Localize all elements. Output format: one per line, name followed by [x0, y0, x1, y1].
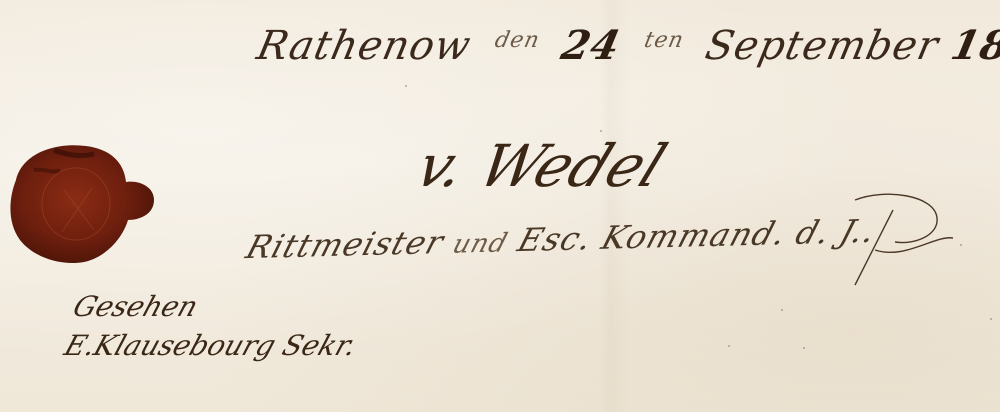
- dateline: Rathenow den 24 ten September 1857.: [253, 22, 1000, 69]
- signer-conjunction: und: [449, 228, 512, 259]
- paper-speck: [803, 347, 805, 349]
- dateline-place: Rathenow: [253, 23, 475, 69]
- signature: v. Wedel: [406, 132, 675, 200]
- dateline-day: 24: [557, 22, 625, 69]
- paper-speck: [600, 130, 602, 132]
- paper-speck: [960, 244, 962, 246]
- margin-note-line1: Gesehen: [69, 290, 374, 323]
- dateline-den: den: [493, 28, 543, 53]
- document-page: Rathenow den 24 ten September 1857. v. W…: [0, 0, 1000, 412]
- pen-flourish-icon: [835, 190, 955, 290]
- paper-speck: [405, 85, 407, 87]
- dateline-suffix: ten: [642, 28, 686, 53]
- wax-seal-icon: [4, 140, 156, 270]
- signer-role: Esc. Kommand.: [514, 214, 792, 259]
- margin-note-line2: E.Klausebourg Sekr.: [60, 329, 361, 362]
- paper-speck: [781, 309, 783, 311]
- margin-note: Gesehen E.Klausebourg Sekr.: [56, 290, 373, 362]
- dateline-year: 1857: [947, 22, 1000, 69]
- signature-text: v. Wedel: [406, 132, 675, 200]
- paper-speck: [728, 345, 730, 347]
- paper-speck: [990, 318, 992, 320]
- signer-title: Rittmeister und Esc. Kommand. d. J..: [242, 212, 881, 266]
- signer-rank: Rittmeister: [242, 223, 449, 266]
- dateline-month: September: [701, 23, 943, 69]
